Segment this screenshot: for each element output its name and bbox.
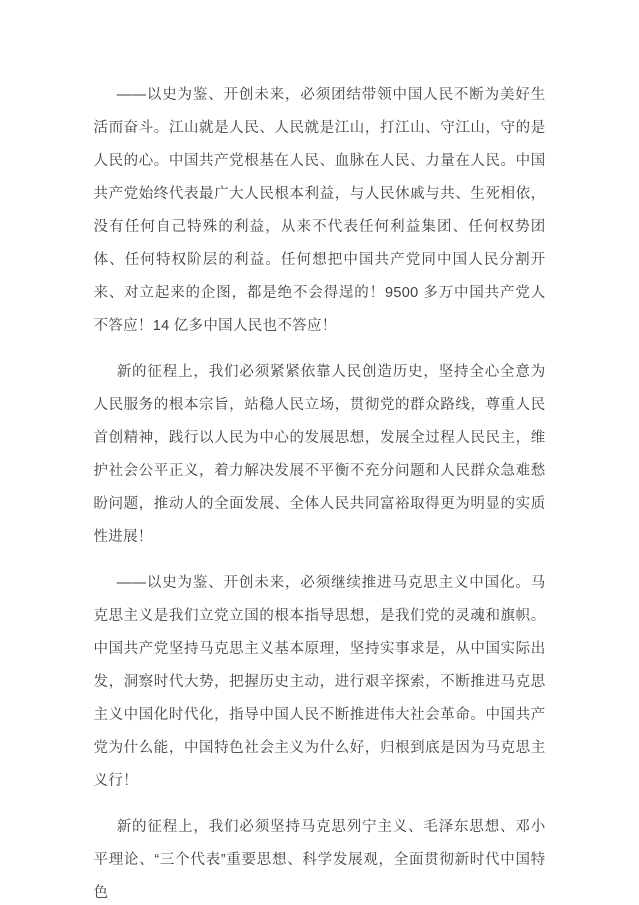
document-page: ——以史为鉴、开创未来，必须团结带领中国人民不断为美好生活而奋斗。江山就是人民、… bbox=[0, 0, 639, 905]
paragraph-3: ——以史为鉴、开创未来，必须继续推进马克思主义中国化。马克思主义是我们立党立国的… bbox=[94, 567, 546, 798]
paragraph-2: 新的征程上，我们必须紧紧依靠人民创造历史，坚持全心全意为人民服务的根本宗旨，站稳… bbox=[94, 356, 546, 554]
document-body: ——以史为鉴、开创未来，必须团结带领中国人民不断为美好生活而奋斗。江山就是人民、… bbox=[94, 0, 546, 905]
paragraph-4: 新的征程上，我们必须坚持马克思列宁主义、毛泽东思想、邓小平理论、“三个代表”重要… bbox=[94, 811, 546, 905]
paragraph-1: ——以史为鉴、开创未来，必须团结带领中国人民不断为美好生活而奋斗。江山就是人民、… bbox=[94, 79, 546, 343]
